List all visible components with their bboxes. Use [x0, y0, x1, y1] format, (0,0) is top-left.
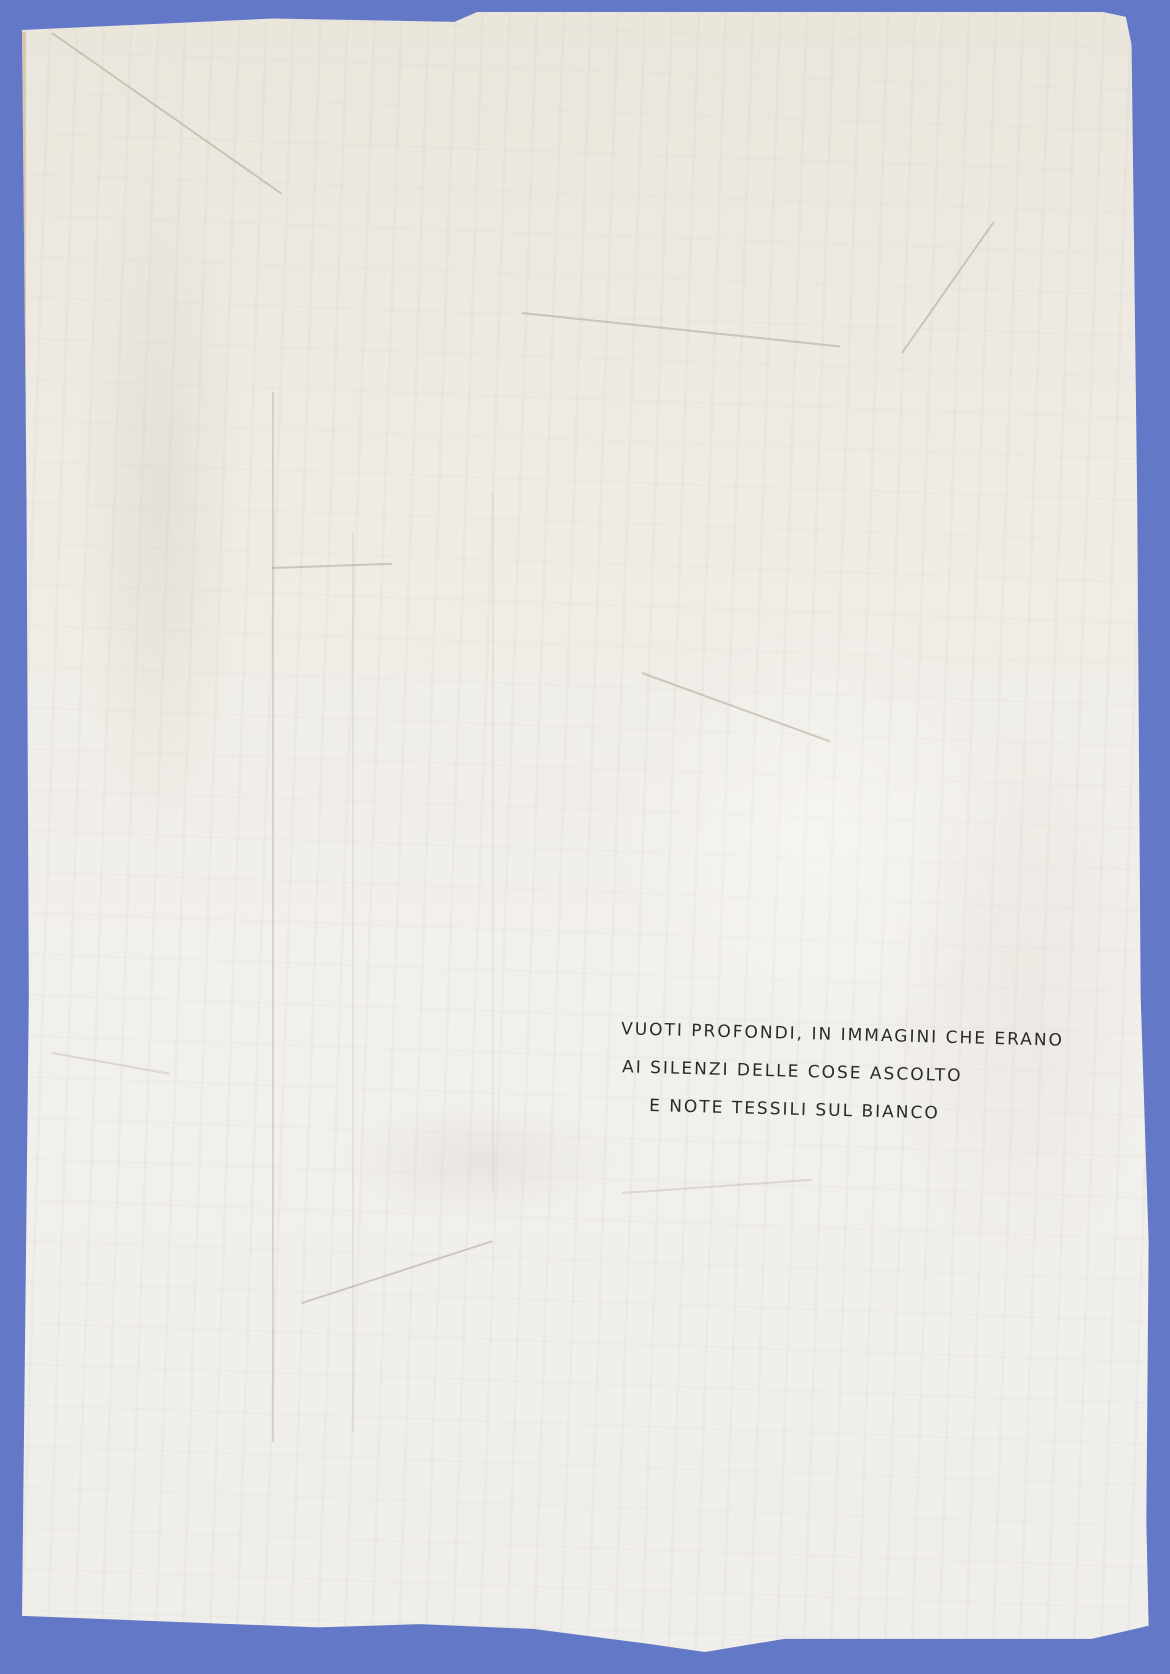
fabric-crease	[51, 32, 282, 194]
panel-seam	[492, 492, 494, 1192]
fabric-crease	[272, 563, 392, 569]
fabric-crease	[622, 1179, 812, 1194]
panel-seam	[352, 532, 354, 1432]
fabric-crease	[302, 1240, 493, 1304]
white-textile-artwork	[22, 12, 1160, 1652]
panel-seam	[272, 392, 274, 1442]
fabric-crease	[52, 1052, 171, 1075]
board-edge-left	[22, 32, 26, 632]
handwritten-poem: VUOTI PROFONDI, IN IMMAGINI CHE ERANO AI…	[619, 1010, 1065, 1136]
fabric-crease	[642, 672, 831, 742]
fabric-crease	[522, 312, 840, 347]
fabric-crease	[901, 221, 994, 353]
